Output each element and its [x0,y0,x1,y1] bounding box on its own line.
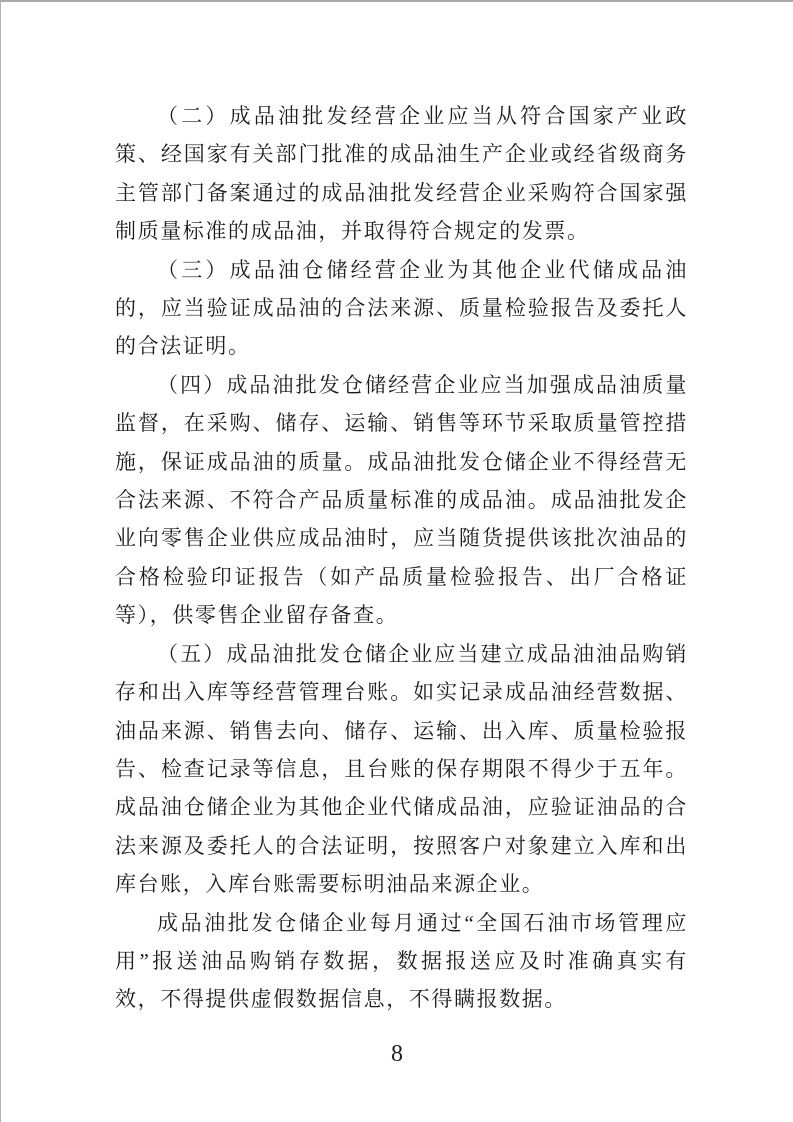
paragraph-clause-4: （四）成品油批发仓储经营企业应当加强成品油质量监督，在采购、储存、运输、销售等环… [115,366,688,635]
page-number: 8 [1,1040,793,1068]
paragraph-reporting-requirement: 成品油批发仓储企业每月通过“全国石油市场管理应用”报送油品购销存数据，数据报送应… [115,904,688,1019]
paragraph-clause-5: （五）成品油批发仓储企业应当建立成品油油品购销存和出入库等经营管理台账。如实记录… [115,635,688,904]
document-body: （二）成品油批发经营企业应当从符合国家产业政策、经国家有关部门批准的成品油生产企… [115,97,688,1019]
document-page: （二）成品油批发经营企业应当从符合国家产业政策、经国家有关部门批准的成品油生产企… [0,0,793,1122]
paragraph-clause-2: （二）成品油批发经营企业应当从符合国家产业政策、经国家有关部门批准的成品油生产企… [115,97,688,251]
paragraph-clause-3: （三）成品油仓储经营企业为其他企业代储成品油的，应当验证成品油的合法来源、质量检… [115,251,688,366]
